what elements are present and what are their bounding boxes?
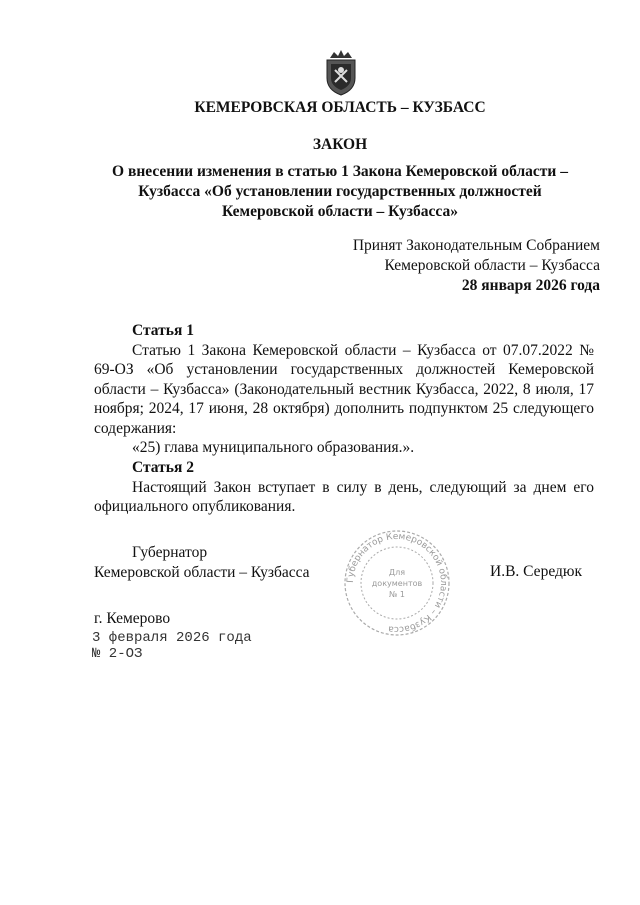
article-heading: Статья 1 — [94, 321, 594, 341]
adoption-date: 28 января 2026 года — [353, 276, 600, 296]
position-line: Кемеровской области – Кузбасса — [94, 563, 310, 583]
signing-date: 3 февраля 2026 года — [92, 630, 252, 646]
law-title: О внесении изменения в статью 1 Закона К… — [100, 162, 580, 222]
coat-of-arms-icon — [324, 48, 358, 96]
svg-text:документов: документов — [372, 579, 423, 588]
adoption-line: Кемеровской области – Кузбасса — [353, 256, 600, 276]
law-number: № 2-ОЗ — [92, 646, 142, 662]
adoption-line: Принят Законодательным Собранием — [353, 236, 600, 256]
svg-text:Для: Для — [389, 568, 405, 577]
article-text: Настоящий Закон вступает в силу в день, … — [94, 478, 594, 517]
article-1: Статья 1 Статью 1 Закона Кемеровской обл… — [94, 321, 594, 458]
signatory-name: И.В. Середюк — [490, 563, 582, 581]
position-line: Губернатор — [94, 543, 310, 563]
title-line: О внесении изменения в статью 1 Закона К… — [100, 162, 580, 182]
article-2: Статья 2 Настоящий Закон вступает в силу… — [94, 458, 594, 517]
title-line: Кузбасса «Об установлении государственны… — [100, 182, 580, 202]
region-heading: КЕМЕРОВСКАЯ ОБЛАСТЬ – КУЗБАСС — [0, 99, 640, 117]
article-heading: Статья 2 — [94, 458, 594, 478]
official-stamp-icon: Губернатор Кемеровской области – Кузбасс… — [340, 528, 454, 638]
article-text: Статью 1 Закона Кемеровской области – Ку… — [94, 341, 594, 439]
document-type: ЗАКОН — [0, 136, 640, 154]
article-quote: «25) глава муниципального образования.». — [94, 438, 594, 458]
title-line: Кемеровской области – Кузбасса» — [100, 202, 580, 222]
adoption-block: Принят Законодательным Собранием Кемеров… — [353, 236, 600, 296]
city: г. Кемерово — [94, 610, 170, 628]
svg-text:№ 1: № 1 — [389, 590, 405, 599]
signatory-position: Губернатор Кемеровской области – Кузбасс… — [94, 543, 310, 583]
